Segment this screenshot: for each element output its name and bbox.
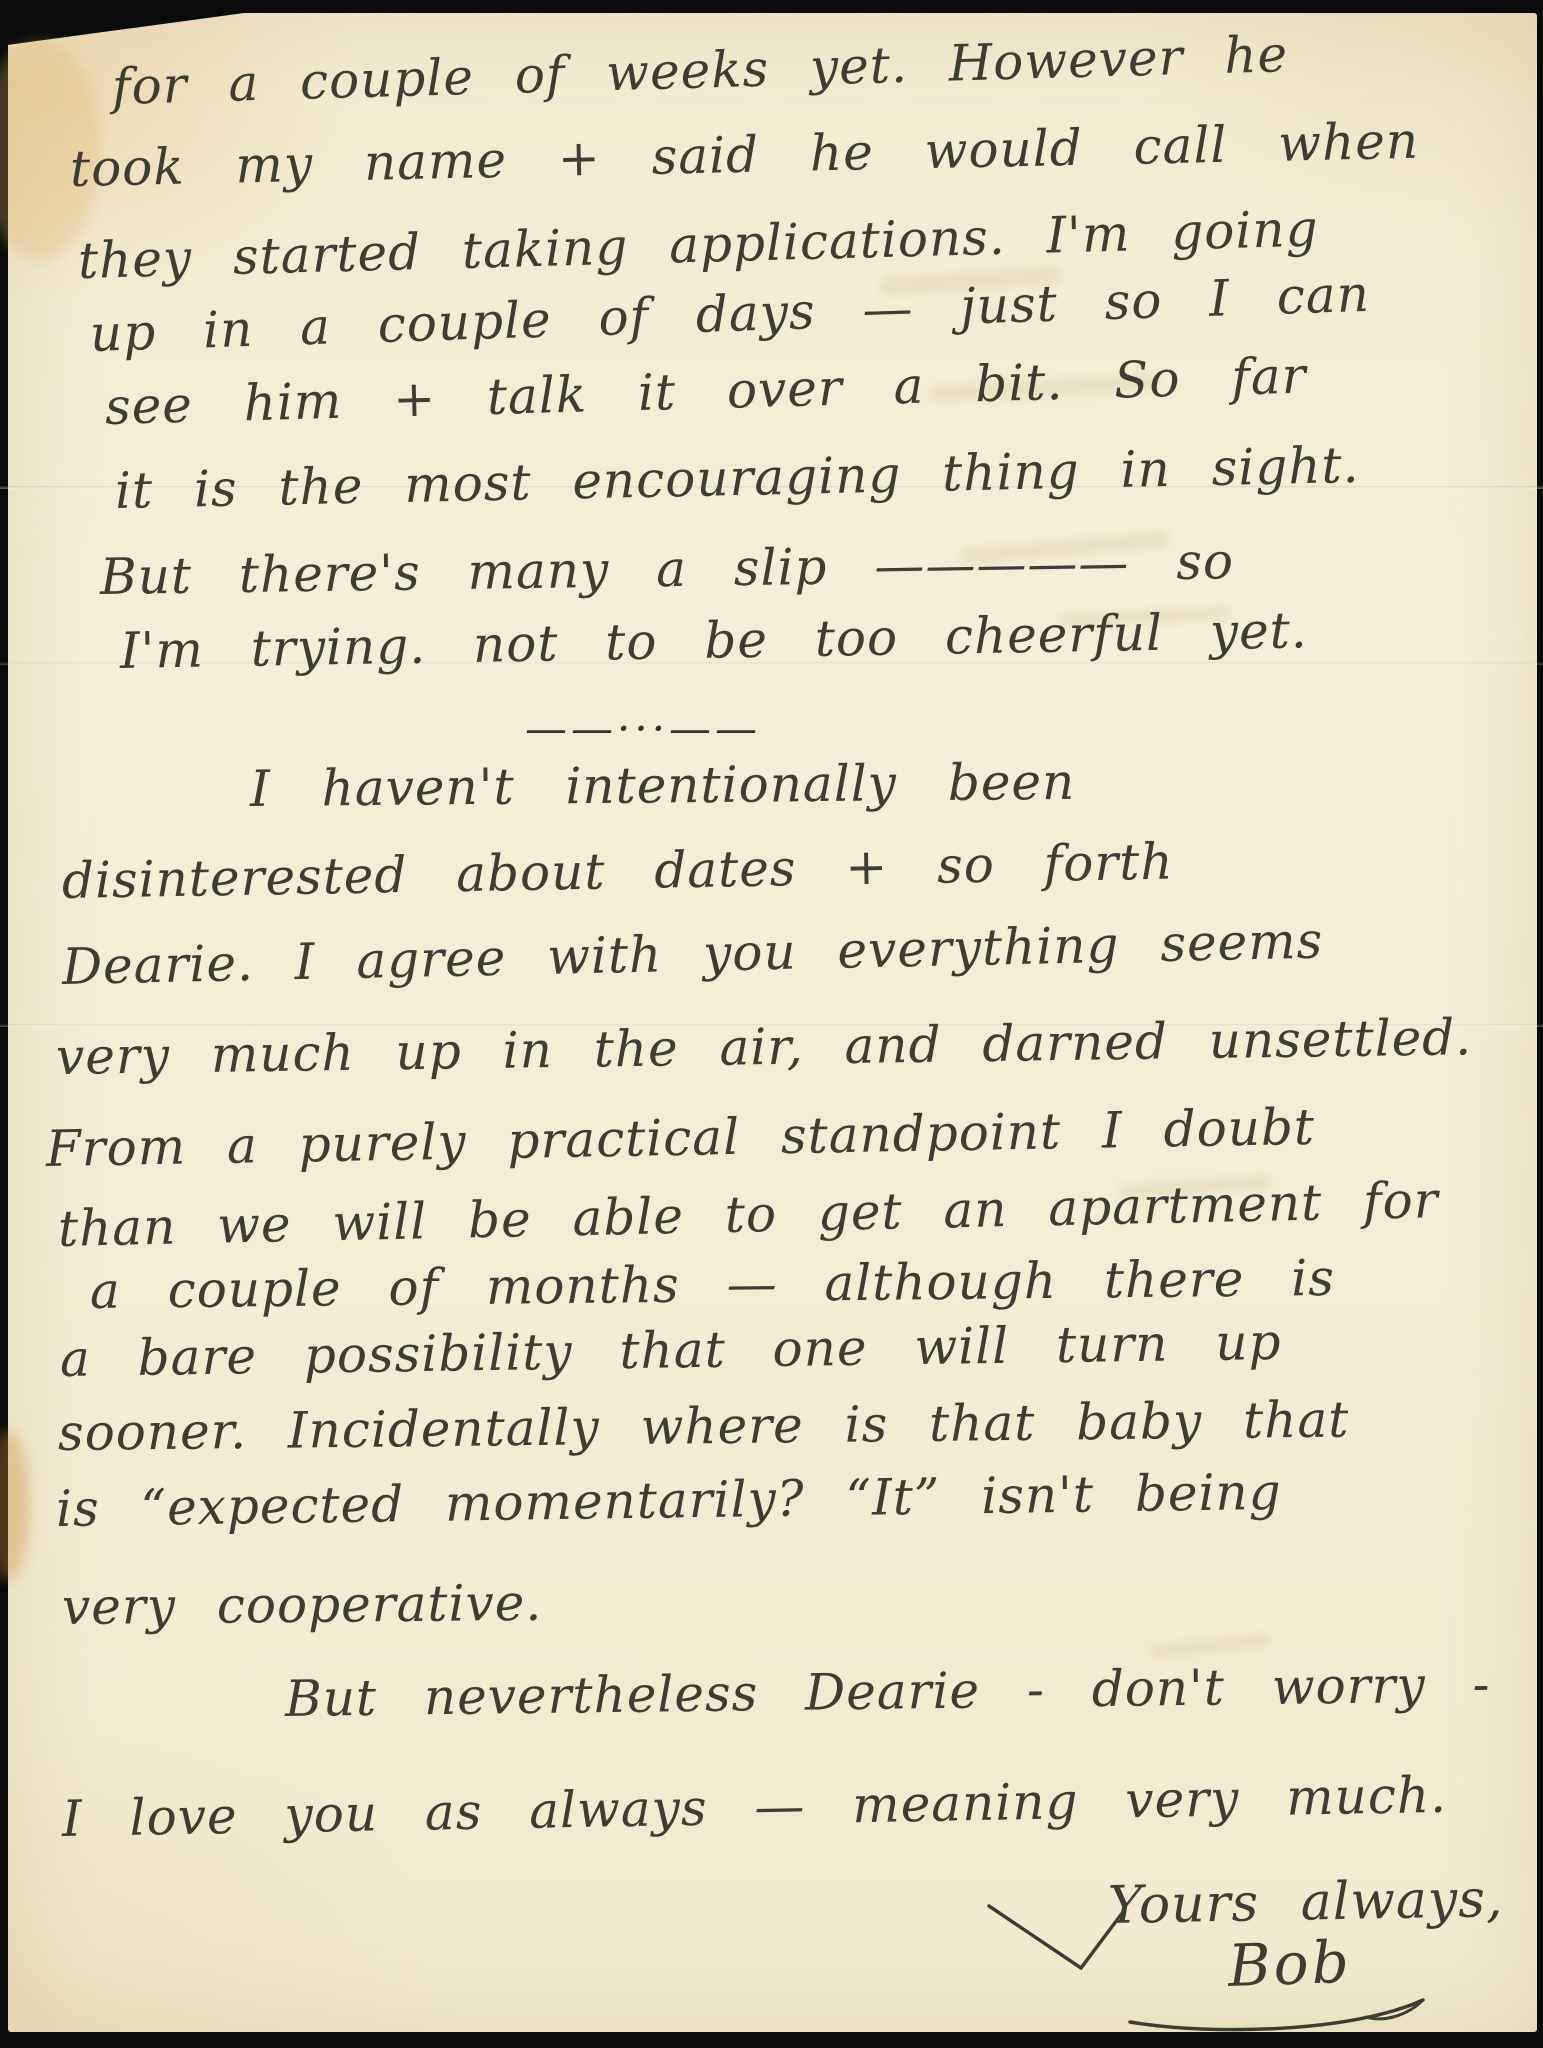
letter-line: I haven't intentionally been	[250, 753, 1076, 818]
signature-underline-flourish	[1118, 1990, 1438, 2040]
letter-page-scan: for a couple of weeks yet. However he to…	[0, 0, 1543, 2048]
section-divider: ——···——	[525, 704, 761, 753]
valediction: Yours always,	[1107, 1869, 1503, 1936]
letter-line: very cooperative.	[62, 1574, 543, 1636]
